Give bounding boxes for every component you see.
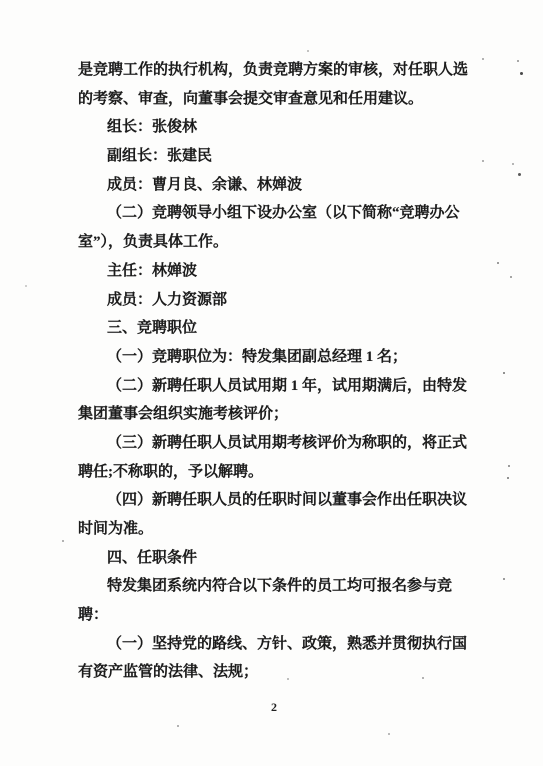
- text-line: 集团董事会组织实施考核评价；: [78, 400, 488, 429]
- scan-speck: [503, 578, 505, 580]
- text-line: 是竞聘工作的执行机构，负责竞聘方案的审核，对任职人选: [78, 56, 488, 85]
- scan-speck: [422, 677, 424, 679]
- text-line: 室”），负责具体工作。: [78, 228, 488, 257]
- section-heading: 四、任职条件: [78, 544, 488, 573]
- text-line: （一）坚持党的路线、方针、政策，熟悉并贯彻执行国: [78, 630, 488, 659]
- scan-speck: [62, 540, 64, 542]
- text-line: 副组长：张建民: [78, 142, 488, 171]
- text-line: （二）竞聘领导小组下设办公室（以下简称“竞聘办公: [78, 199, 488, 228]
- text-line: （二）新聘任职人员试用期 1 年，试用期满后，由特发: [78, 372, 488, 401]
- text-line: （一）竞聘职位为：特发集团副总经理 1 名；: [78, 343, 488, 372]
- text-line: 主任：林婵波: [78, 257, 488, 286]
- scan-speck: [482, 160, 484, 162]
- scan-speck: [307, 50, 309, 52]
- scan-speck: [520, 72, 523, 75]
- text-line: 组长：张俊林: [78, 113, 488, 142]
- text-line: 聘：: [78, 601, 488, 630]
- scan-speck: [508, 465, 510, 467]
- scan-speck: [25, 285, 27, 287]
- scan-speck: [518, 173, 521, 176]
- scan-speck: [283, 580, 285, 582]
- text-line: 时间为准。: [78, 515, 488, 544]
- scan-speck: [287, 678, 289, 680]
- text-line: 聘任;不称职的，予以解聘。: [78, 458, 488, 487]
- scan-speck: [482, 58, 484, 60]
- scan-speck: [497, 262, 499, 264]
- scan-speck: [517, 60, 519, 62]
- scan-speck: [503, 372, 505, 374]
- document-page: 是竞聘工作的执行机构，负责竞聘方案的审核，对任职人选 的考察、审查，向董事会提交…: [0, 0, 543, 766]
- scan-speck: [510, 276, 512, 278]
- scan-speck: [507, 477, 509, 479]
- page-number: 2: [262, 700, 286, 715]
- text-line: 的考察、审查，向董事会提交审查意见和任用建议。: [78, 85, 488, 114]
- document-body: 是竞聘工作的执行机构，负责竞聘方案的审核，对任职人选 的考察、审查，向董事会提交…: [78, 56, 488, 687]
- text-line: 成员：人力资源部: [78, 286, 488, 315]
- scan-speck: [512, 163, 514, 165]
- text-line: （三）新聘任职人员试用期考核评价为称职的，将正式: [78, 429, 488, 458]
- text-line: 有资产监管的法律、法规；: [78, 658, 488, 687]
- text-line: （四）新聘任职人员的任职时间以董事会作出任职决议: [78, 486, 488, 515]
- section-heading: 三、竞聘职位: [78, 314, 488, 343]
- text-line: 成员：曹月良、余谦、林婵波: [78, 171, 488, 200]
- text-line: 特发集团系统内符合以下条件的员工均可报名参与竞: [78, 572, 488, 601]
- scan-speck: [177, 725, 179, 727]
- scan-speck: [388, 733, 390, 735]
